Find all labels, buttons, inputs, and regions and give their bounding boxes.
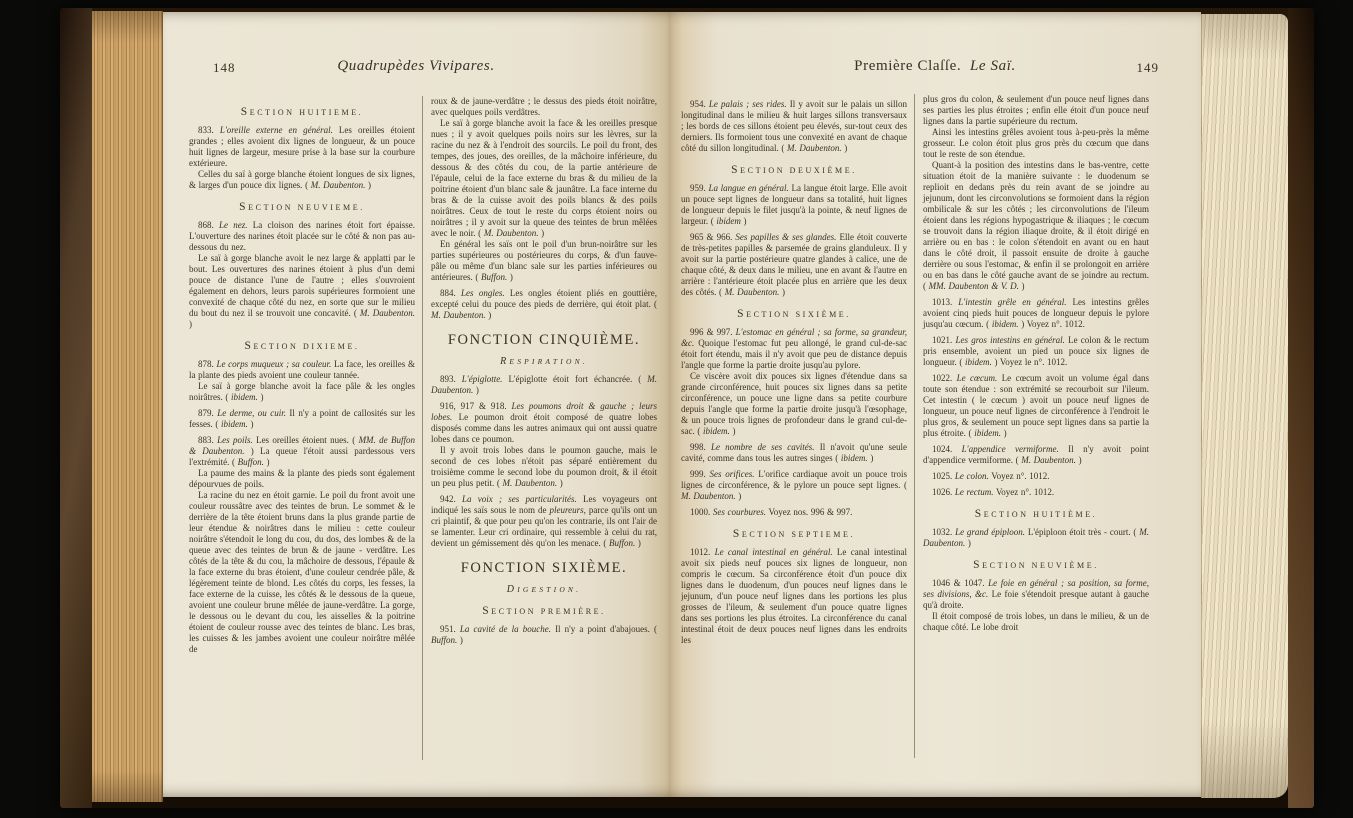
subject-heading: DIGESTION.: [431, 584, 657, 595]
paragraph: 878. Le corps muqueux ; sa couleur. La f…: [189, 359, 415, 381]
book-cover-right: [1288, 8, 1314, 808]
paragraph: 965 & 966. Ses papilles & ses glandes. E…: [681, 232, 907, 298]
paragraph: 951. La cavité de la bouche. Il n'y a po…: [431, 624, 657, 646]
section-heading: SECTION DIXIEME.: [189, 340, 415, 352]
section-heading: SECTION NEUVIÈME.: [923, 559, 1149, 571]
paragraph: La paume des mains & la plante des pieds…: [189, 468, 415, 490]
paragraph: La racine du nez en étoit garnie. Le poi…: [189, 490, 415, 655]
paragraph: 916, 917 & 918. Les poumons droit & gauc…: [431, 401, 657, 445]
page-edges-right: [1201, 14, 1288, 798]
paragraph: 884. Les ongles. Les ongles étoient plié…: [431, 288, 657, 321]
paragraph: 1022. Le cœcum. Le cœcum avoit un volume…: [923, 373, 1149, 439]
paragraph: 1025. Le colon. Voyez n°. 1012.: [923, 471, 1149, 482]
text-column: 954. Le palais ; ses rides. Il y avoit s…: [681, 94, 915, 758]
running-title-right: Première Claſſe. Le Saï.: [697, 58, 1173, 75]
paragraph: 1000. Ses courbures. Voyez nos. 996 & 99…: [681, 507, 907, 518]
subject-heading: RESPIRATION.: [431, 356, 657, 367]
paragraph: Celles du saï à gorge blanche étoient lo…: [189, 169, 415, 191]
running-title-le-sai: Le Saï.: [970, 58, 1016, 74]
book-cover-left: [60, 8, 92, 808]
paragraph: roux & de jaune-verdâtre ; le dessus des…: [431, 96, 657, 118]
section-heading: SECTION NEUVIEME.: [189, 201, 415, 213]
page-149: Première Claſſe. Le Saï. 149 954. Le pal…: [669, 12, 1201, 797]
paragraph: Le saï à gorge blanche avoit le nez larg…: [189, 253, 415, 330]
fonction-heading: FONCTION CINQUIÈME.: [431, 332, 657, 349]
page-header-left: 148 Quadrupèdes Vivipares.: [191, 58, 641, 80]
page-number-149: 149: [1137, 60, 1160, 76]
paragraph: 1026. Le rectum. Voyez n°. 1012.: [923, 487, 1149, 498]
paragraph: 1032. Le grand épiploon. L'épiploon étoi…: [923, 527, 1149, 549]
running-title-left: Quadrupèdes Vivipares.: [191, 58, 641, 75]
paragraph: 1046 & 1047. Le foie en général ; sa pos…: [923, 578, 1149, 611]
paragraph: Le saï à gorge blanche avoit la face & l…: [431, 118, 657, 239]
paragraph: Quant-à la position des intestins dans l…: [923, 160, 1149, 292]
paragraph: 996 & 997. L'estomac en général ; sa for…: [681, 327, 907, 371]
paragraph: 959. La langue en général. La langue éto…: [681, 183, 907, 227]
paragraph: Il y avoit trois lobes dans le poumon ga…: [431, 445, 657, 489]
page-148: 148 Quadrupèdes Vivipares. SECTION HUITI…: [163, 12, 669, 797]
paragraph: 833. L'oreille externe en général. Les o…: [189, 125, 415, 169]
paragraph: 954. Le palais ; ses rides. Il y avoit s…: [681, 99, 907, 154]
section-heading: SECTION HUITIÈME.: [923, 508, 1149, 520]
paragraph: 868. Le nez. La cloison des narines étoi…: [189, 220, 415, 253]
text-column: plus gros du colon, & seulement d'un pou…: [915, 94, 1149, 758]
section-heading: SECTION PREMIÈRE.: [431, 605, 657, 617]
paragraph: 998. Le nombre de ses cavités. Il n'avoi…: [681, 442, 907, 464]
paragraph: 1012. Le canal intestinal en général. Le…: [681, 547, 907, 646]
section-heading: SECTION HUITIEME.: [189, 106, 415, 118]
text-block-left-page: SECTION HUITIEME.833. L'oreille externe …: [189, 96, 663, 760]
paragraph: 1021. Les gros intestins en général. Le …: [923, 335, 1149, 368]
section-heading: SECTION SEPTIEME.: [681, 528, 907, 540]
paragraph: En général les saïs ont le poil d'un bru…: [431, 239, 657, 283]
paragraph: 883. Les poils. Les oreilles étoient nue…: [189, 435, 415, 468]
open-book: 148 Quadrupèdes Vivipares. SECTION HUITI…: [60, 8, 1312, 808]
paragraph: Il étoit composé de trois lobes, un dans…: [923, 611, 1149, 633]
page-edges-left: [92, 11, 163, 802]
fonction-heading: FONCTION SIXIÈME.: [431, 560, 657, 577]
section-heading: SECTION DEUXIÈME.: [681, 164, 907, 176]
page-header-right: Première Claſſe. Le Saï. 149: [697, 58, 1173, 80]
paragraph: 879. Le derme, ou cuir. Il n'y a point d…: [189, 408, 415, 430]
paragraph: 1013. L'intestin grêle en général. Les i…: [923, 297, 1149, 330]
paragraph: 999. Ses orifices. L'orifice cardiaque a…: [681, 469, 907, 502]
paragraph: 942. La voix ; ses particularités. Les v…: [431, 494, 657, 549]
running-title-classe: Première Claſſe.: [854, 58, 961, 74]
paragraph: Ainsi les intestins grêles avoient tous …: [923, 127, 1149, 160]
paragraph: 893. L'épiglotte. L'épiglotte étoit fort…: [431, 374, 657, 396]
photo-of-open-book: { "colors": { "bg": "#0a0a09", "paper": …: [0, 0, 1353, 818]
text-column: roux & de jaune-verdâtre ; le dessus des…: [423, 96, 657, 760]
text-column: SECTION HUITIEME.833. L'oreille externe …: [189, 96, 423, 760]
section-heading: SECTION SIXIÈME.: [681, 308, 907, 320]
paragraph: plus gros du colon, & seulement d'un pou…: [923, 94, 1149, 127]
paragraph: 1024. L'appendice vermiforme. Il n'y avo…: [923, 444, 1149, 466]
paragraph: Ce viscère avoit dix pouces six lignes d…: [681, 371, 907, 437]
paragraph: Le saï à gorge blanche avoit la face pâl…: [189, 381, 415, 403]
text-block-right-page: 954. Le palais ; ses rides. Il y avoit s…: [681, 94, 1191, 758]
